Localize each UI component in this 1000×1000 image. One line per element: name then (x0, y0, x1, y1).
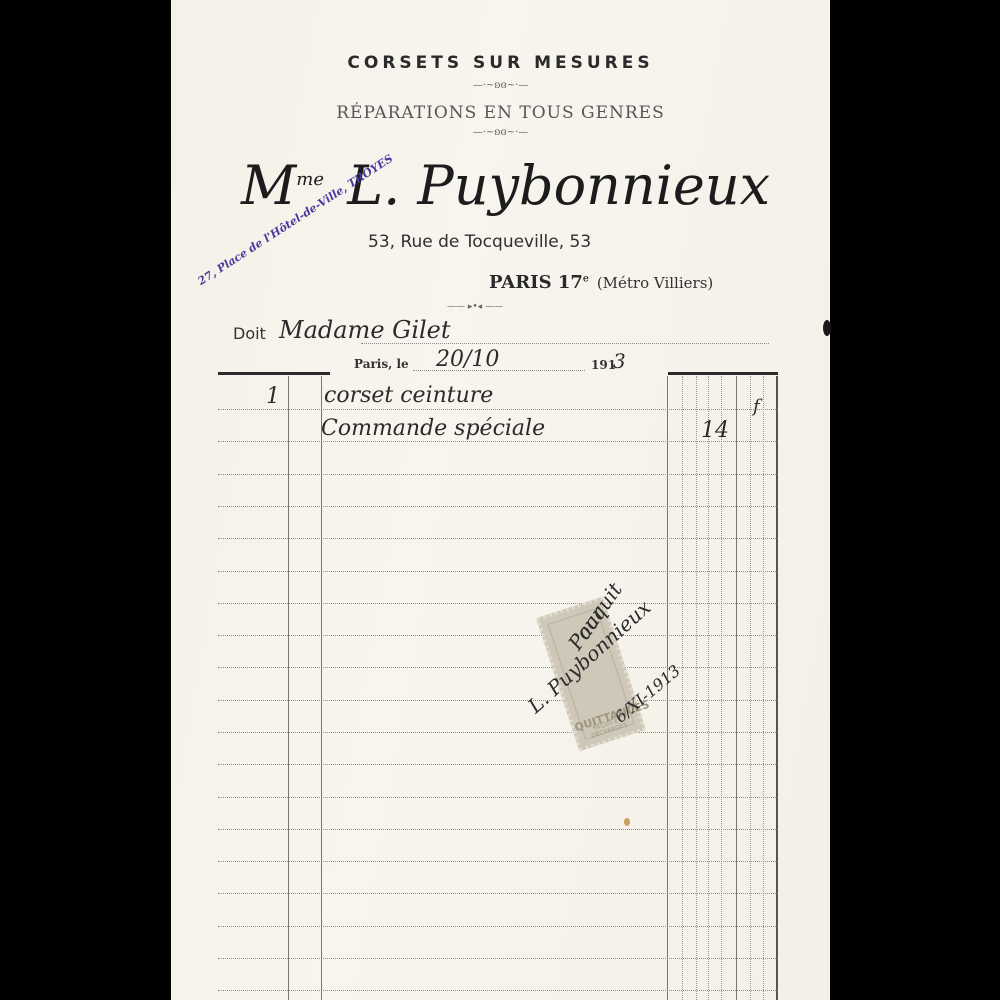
row-rule (218, 538, 778, 539)
date-rule (413, 370, 585, 371)
invoice-paper: CORSETS SUR MESURES —·~ʚɞ~·— RÉPARATIONS… (171, 0, 830, 1000)
name-prefix-sup: me (296, 169, 324, 190)
row-rule (218, 603, 778, 604)
row-rule (218, 797, 778, 798)
paper-stain (624, 818, 630, 826)
row-rule (218, 926, 778, 927)
item-description: corset ceinture (324, 383, 493, 408)
item-amount: 14 (701, 418, 729, 443)
metro-text: (Métro Villiers) (597, 274, 713, 292)
row-rule (218, 829, 778, 830)
paper-edge-tear (823, 320, 831, 336)
table-top-rule-left (218, 372, 330, 375)
header-corsets: CORSETS SUR MESURES (171, 53, 830, 73)
amount-subcolumn (682, 376, 683, 1000)
row-rule (218, 958, 778, 959)
ornament-divider: —·~ʚɞ~·— (171, 80, 830, 91)
item-qty: 1 (266, 384, 280, 409)
date-value: 20/10 (436, 347, 499, 372)
ornament-divider: —— ▸•◂ —— (447, 302, 503, 312)
row-rule (218, 474, 778, 475)
row-rule (218, 861, 778, 862)
ornament-divider: —·~ʚɞ~·— (171, 127, 830, 138)
recipient-name: Madame Gilet (279, 316, 451, 344)
table-top-rule-right (668, 372, 778, 375)
row-rule (218, 409, 778, 410)
amount-subcolumn (696, 376, 697, 1000)
year-suffix: 3 (613, 349, 626, 373)
row-rule (218, 764, 778, 765)
table-right-border (776, 376, 778, 1000)
amount-subcolumn (763, 376, 764, 1000)
merchant-city: PARIS 17e (Métro Villiers) (489, 272, 713, 293)
item-description: Commande spéciale (321, 416, 545, 441)
name-text: L. Puybonnieux (347, 154, 770, 217)
merchant-address: 53, Rue de Tocqueville, 53 (368, 232, 591, 252)
cents-column-divider (736, 376, 737, 1000)
row-rule (218, 990, 778, 991)
city-text: PARIS 17 (489, 272, 583, 293)
row-rule (218, 667, 778, 668)
row-rule (218, 441, 778, 442)
amount-subcolumn (721, 376, 722, 1000)
item-amount-unit: f (753, 396, 760, 417)
doit-label: Doit (233, 324, 266, 343)
qty-column-divider (288, 376, 289, 1000)
row-rule (218, 506, 778, 507)
amount-subcolumn (708, 376, 709, 1000)
date-prefix: Paris, le (354, 357, 409, 371)
row-rule (218, 700, 778, 701)
row-rule (218, 732, 778, 733)
row-rule (218, 893, 778, 894)
row-rule (218, 571, 778, 572)
description-column-divider (321, 376, 322, 1000)
city-sup: e (583, 274, 589, 285)
row-rule (218, 635, 778, 636)
amount-subcolumn (750, 376, 751, 1000)
header-reparations: RÉPARATIONS EN TOUS GENRES (171, 103, 830, 123)
recipient-rule (361, 343, 769, 344)
name-prefix: M (241, 154, 296, 217)
